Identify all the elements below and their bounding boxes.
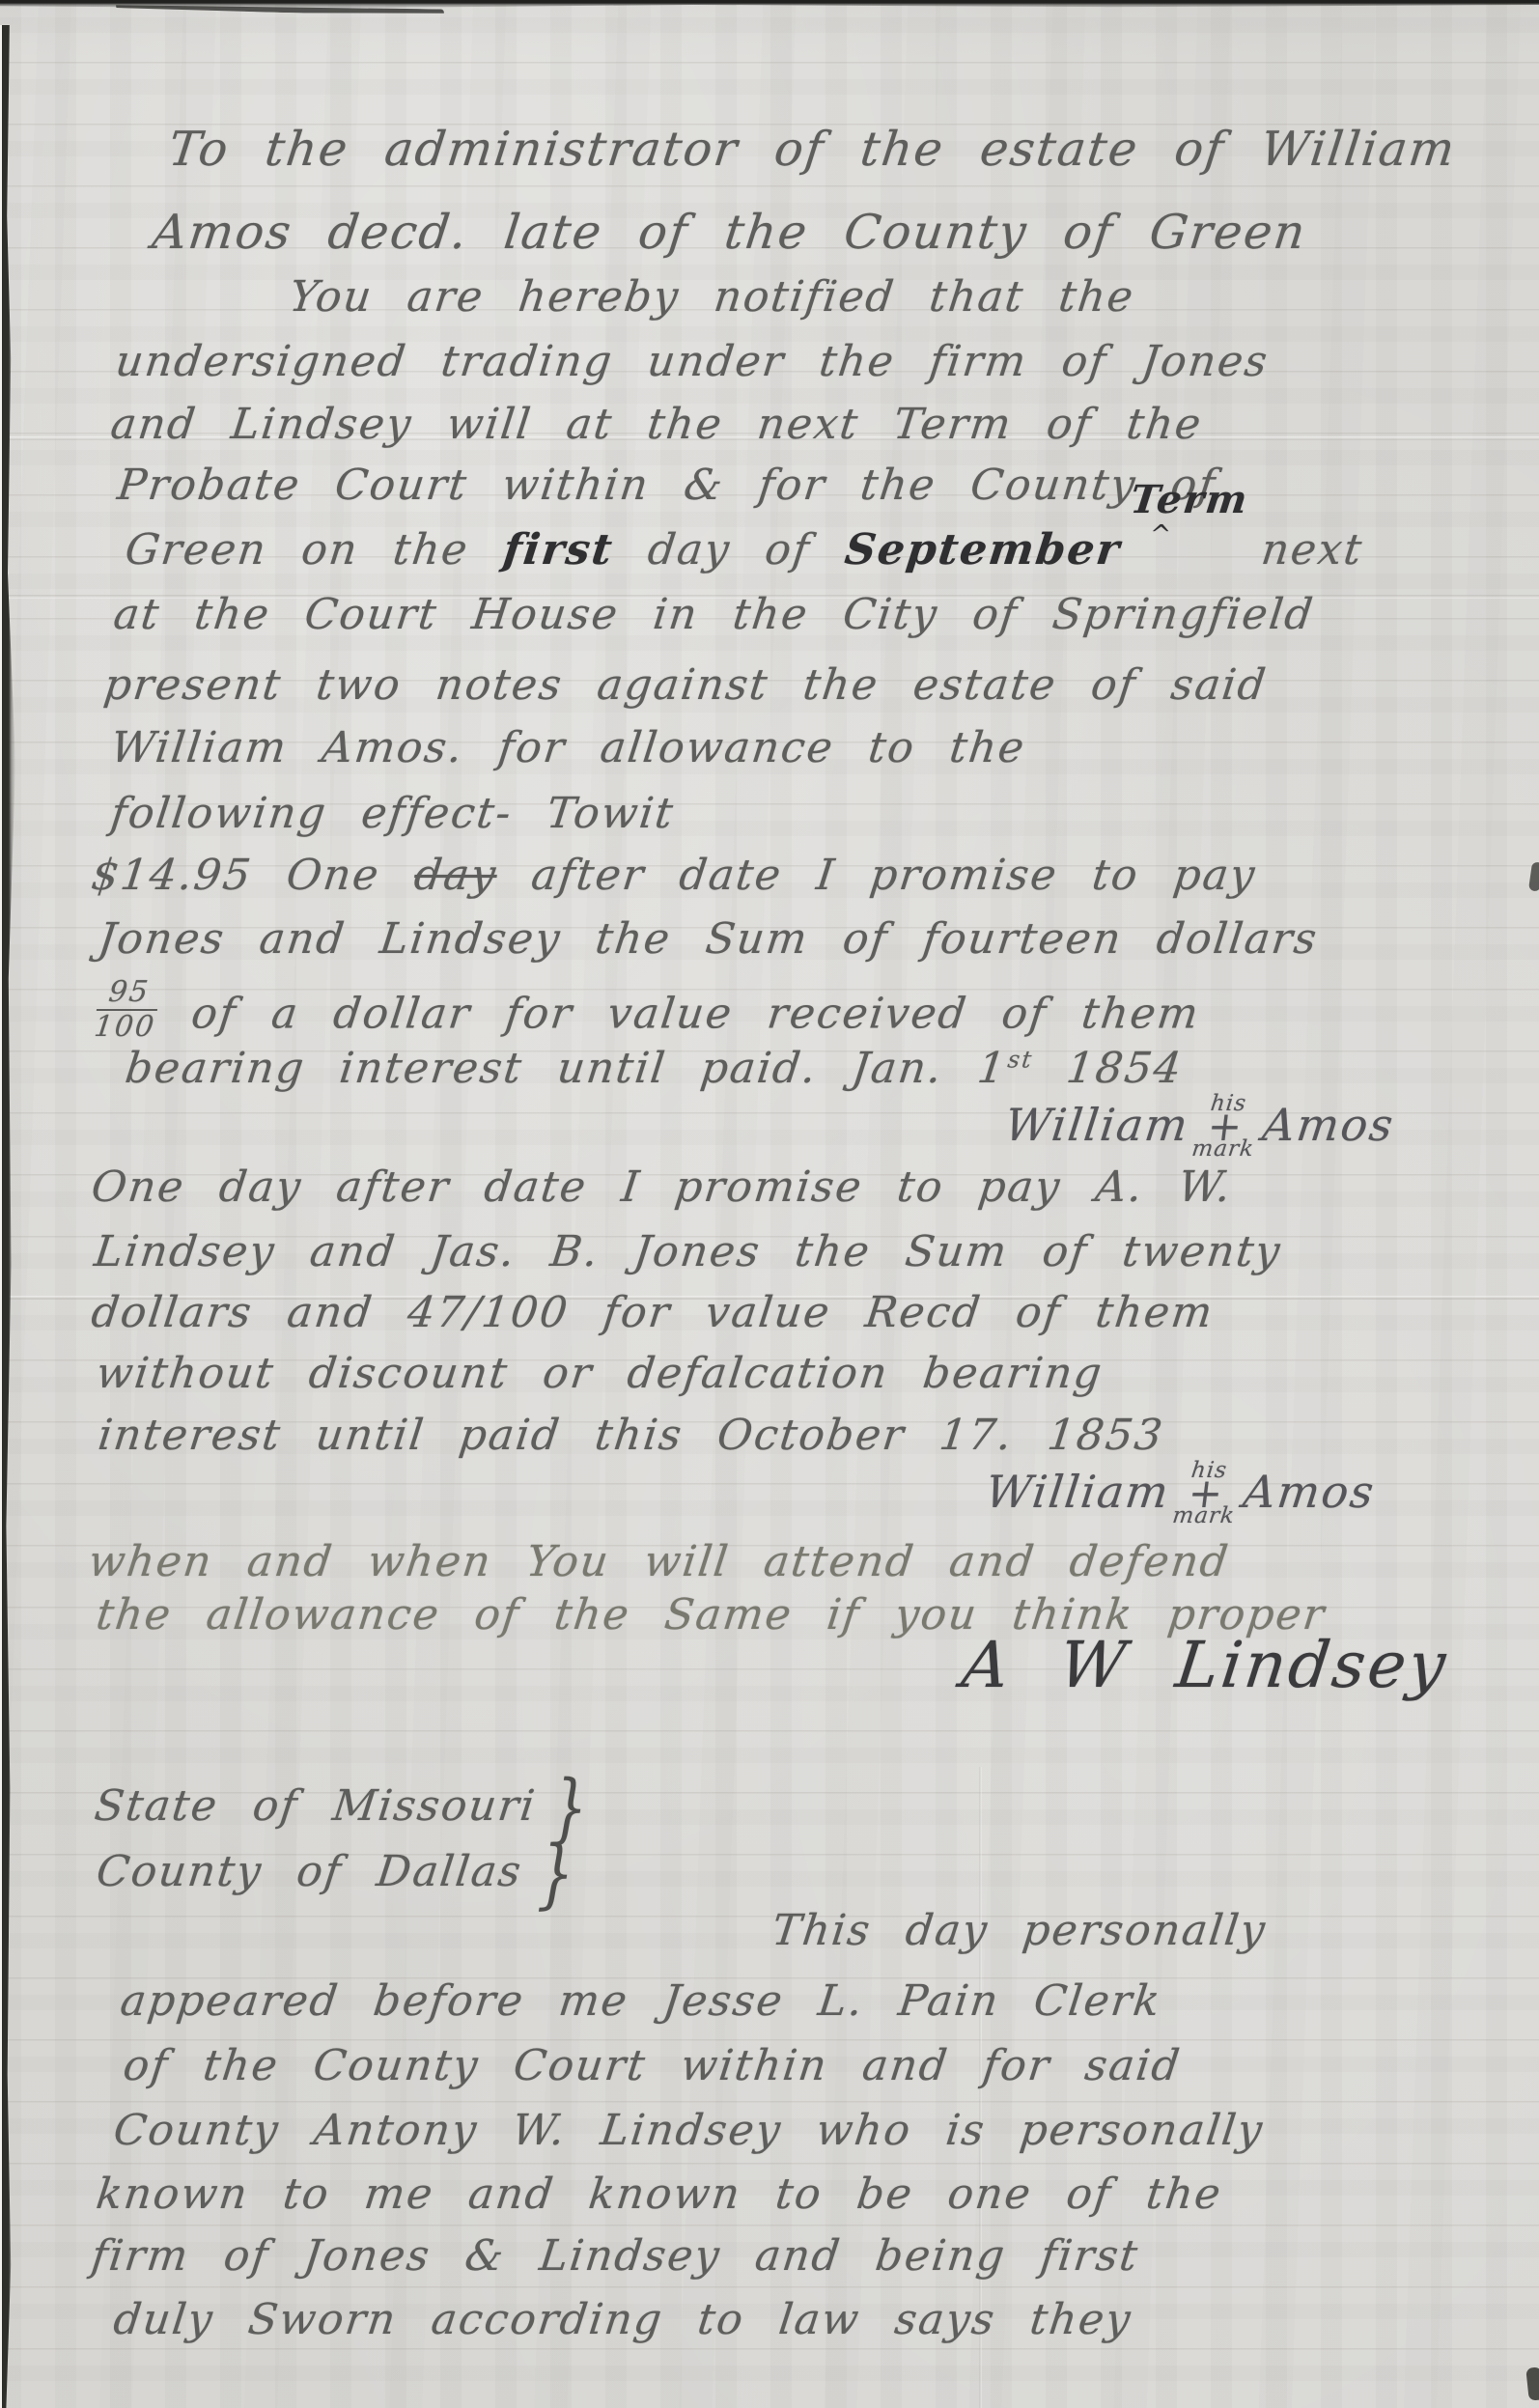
handwritten-line: County Antony W. Lindsey who is personal… [114,2107,1264,2154]
line-text: dollars and 47/100 for value Recd of the… [89,1289,1217,1336]
handwritten-line: One day after date I promise to pay A. W… [92,1163,1232,1211]
line-text: firm of Jones & Lindsey and being first [89,2232,1142,2280]
inserted-word-term: Term [1128,479,1251,522]
line-text: One [284,851,383,900]
handwritten-line: undersigned trading under the firm of Jo… [116,338,1269,385]
line-text: William Amos. for allowance to the [108,724,1028,771]
line-text: Jones and Lindsey the Sum of fourteen do… [96,915,1321,963]
ordinal-suffix: st [1006,1046,1035,1073]
handwritten-line-date: bearing interest until paid. Jan. 1st 18… [126,1045,1183,1092]
signature-aw-lindsey: A W Lindsey [963,1630,1447,1701]
line-text: County Antony W. Lindsey who is personal… [111,2107,1267,2154]
line-text: undersigned trading under the firm of Jo… [113,338,1272,385]
line-text: One day after date I promise to pay A. W… [89,1163,1235,1211]
signature-first-name: William [1002,1099,1192,1151]
line-text: To the administrator of the estate of Wi… [166,124,1460,177]
handwritten-line: firm of Jones & Lindsey and being first [92,2232,1139,2280]
line-text: and Lindsey will at the next Term of the [108,401,1205,448]
handwritten-line: interest until paid this October 17. 185… [98,1412,1163,1459]
line-text: interest until paid this October 17. 185… [96,1412,1166,1459]
handwritten-line: present two notes against the estate of … [104,661,1267,709]
brace-glyph: } [533,1844,581,1904]
signature-last-name: Amos [1241,1466,1379,1518]
line-text: of a dollar for value received of them [189,990,1203,1039]
his-mark-cross: his+mark [1191,1096,1261,1157]
handwritten-line: known to me and known to be one of the [97,2170,1222,2218]
signature-first-name: William [983,1466,1173,1518]
inserted-word-september: September [842,525,1124,574]
line-text: Probate Court within & for the County of [115,462,1219,509]
line-text: at the Court House in the City of Spring… [111,591,1317,638]
his-mark-cross: his+mark [1172,1463,1242,1524]
handwritten-line: William Amos. for allowance to the [111,724,1025,771]
signature-william-amos: Williamhis+markAmos [986,1463,1375,1524]
scanned-document: { "colors": { "paper": "#d9d8d5", "ink":… [0,0,1539,2408]
handwritten-line: You are hereby notified that the [290,273,1134,321]
handwritten-line: and Lindsey will at the next Term of the [111,401,1202,448]
line-text: of the County Court within and for said [121,2042,1184,2089]
line-text: following effect- Towit [108,790,677,837]
handwritten-line: Amos decd. late of the County of Green [153,207,1306,260]
handwritten-line: duly Sworn according to law says they [114,2296,1132,2343]
handwritten-line: Jones and Lindsey the Sum of fourteen do… [98,915,1318,963]
handwritten-line: dollars and 47/100 for value Recd of the… [92,1289,1214,1336]
mark-label: mark [1172,1508,1237,1525]
cents-fraction: 95100 [93,977,161,1042]
signature-william-amos: Williamhis+markAmos [1005,1096,1394,1157]
handwritten-line-county: County of Dallas} [97,1844,581,1904]
caret-insertion: Term^ [1119,554,1226,564]
line-text: Lindsey and Jas. B. Jones the Sum of twe… [92,1228,1284,1275]
caret-mark: ^ [1148,521,1174,549]
line-text: County of Dallas [94,1847,525,1896]
handwritten-line-with-insertion: Green on the first day of SeptemberTerm^… [126,526,1363,574]
line-text: next [1259,525,1366,574]
handwritten-line: without discount or defalcation bearing [97,1350,1103,1397]
fraction-denominator: 100 [93,1011,157,1043]
handwritten-line: Lindsey and Jas. B. Jones the Sum of twe… [95,1228,1281,1275]
line-text: duly Sworn according to law says they [111,2296,1134,2343]
line-text: without discount or defalcation bearing [94,1350,1105,1397]
signature-text: A W Lindsey [958,1630,1451,1701]
line-text: when and when You will attend and defend [86,1538,1232,1585]
line-text: appeared before me Jesse L. Pain Clerk [118,1977,1164,2025]
line-text: Amos decd. late of the County of Green [150,207,1310,260]
line-text: 1854 [1064,1044,1186,1093]
note-amount: $14.95 [89,851,255,900]
handwritten-line: of the County Court within and for said [124,2042,1181,2089]
handwritten-line: at the Court House in the City of Spring… [114,591,1314,638]
signature-last-name: Amos [1260,1099,1398,1151]
line-text: Green on the [123,525,472,574]
line-text: present two notes against the estate of … [101,661,1270,709]
handwritten-line: following effect- Towit [111,790,674,837]
handwritten-line: when and when You will attend and defend [89,1538,1229,1585]
inserted-word-first: first [500,525,616,574]
line-text: after date I promise to pay [529,851,1259,900]
line-text: bearing interest until paid. Jan. 1 [123,1044,1010,1093]
line-text: day of [645,525,813,574]
mark-label: mark [1191,1141,1256,1158]
handwritten-line: To the administrator of the estate of Wi… [169,124,1456,177]
handwritten-line-state: State of Missouri} [95,1778,595,1838]
handwritten-line-fraction: 95100 of a dollar for value received of … [97,977,1200,1042]
line-text: This day personally [769,1907,1270,1954]
line-text: You are hereby notified that the [287,273,1137,321]
handwritten-line: Probate Court within & for the County of [118,462,1217,509]
handwritten-line: This day personally [772,1907,1266,1954]
handwritten-line: appeared before me Jesse L. Pain Clerk [121,1977,1161,2025]
line-text: State of Missouri [92,1781,539,1831]
struck-word-day: day [411,851,500,900]
fraction-numerator: 95 [97,977,162,1011]
handwritten-line-note-amount: $14.95 One day after date I promise to p… [92,852,1256,899]
line-text: known to me and known to be one of the [94,2170,1225,2218]
